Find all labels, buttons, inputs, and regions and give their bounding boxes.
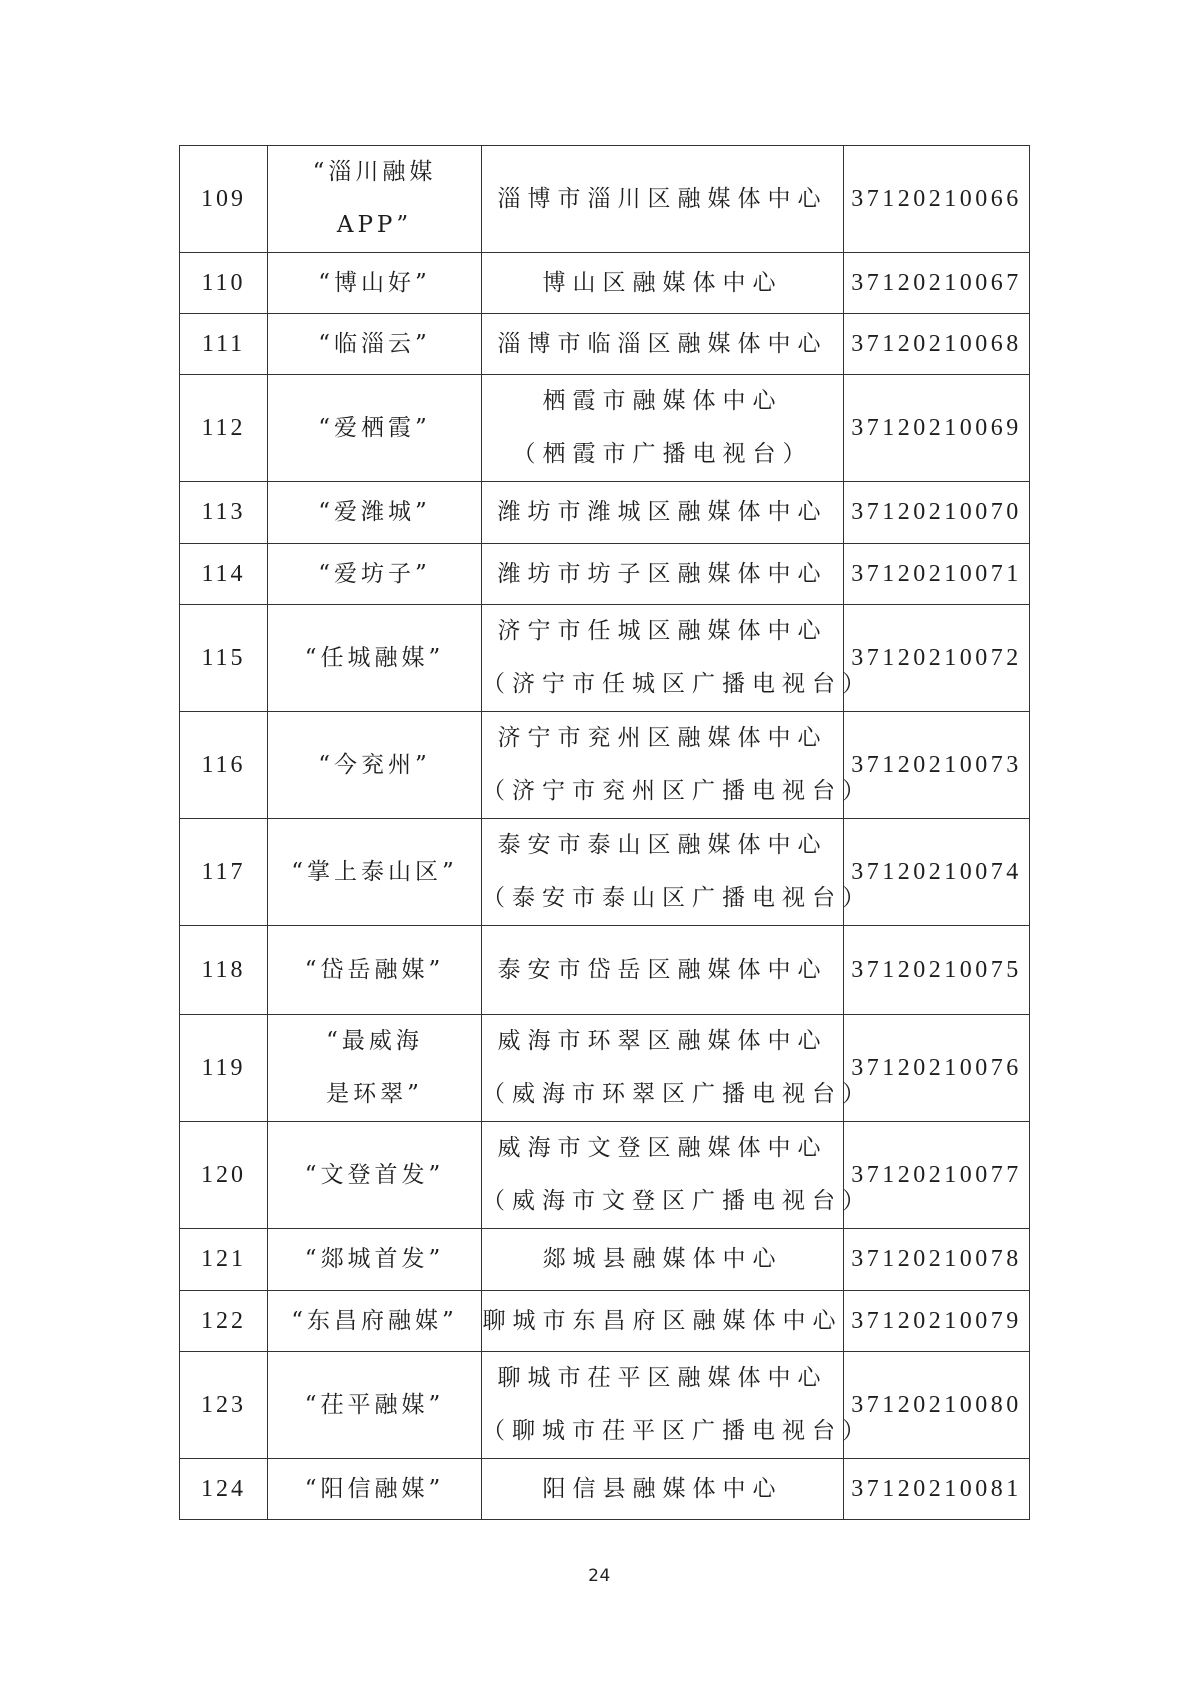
- operator-unit-cell: 淄博市淄川区融媒体中心: [482, 146, 844, 253]
- app-name-cell: “东昌府融媒”: [268, 1291, 482, 1352]
- registration-id-cell: 37120210078: [844, 1229, 1030, 1291]
- app-name-line: “郯城首发”: [268, 1233, 481, 1286]
- operator-unit-line: 泰安市泰山区融媒体中心: [482, 819, 843, 872]
- row-number-cell: 116: [180, 712, 268, 819]
- app-name-line: “最威海: [268, 1015, 481, 1068]
- app-name-cell: “任城融媒”: [268, 605, 482, 712]
- table-row: 111“临淄云”淄博市临淄区融媒体中心37120210068: [180, 314, 1030, 375]
- operator-unit-line: 潍坊市潍城区融媒体中心: [482, 486, 843, 539]
- app-name-line: APP”: [268, 199, 481, 252]
- operator-unit-line: 泰安市岱岳区融媒体中心: [482, 944, 843, 997]
- operator-unit-line: （济宁市兖州区广播电视台）: [482, 765, 843, 818]
- table-body: 109“淄川融媒APP”淄博市淄川区融媒体中心37120210066110“博山…: [180, 146, 1030, 1520]
- app-name-cell: “临淄云”: [268, 314, 482, 375]
- registration-id-cell: 37120210066: [844, 146, 1030, 253]
- app-name-cell: “爱栖霞”: [268, 375, 482, 482]
- row-number-cell: 123: [180, 1352, 268, 1459]
- operator-unit-cell: 阳信县融媒体中心: [482, 1459, 844, 1520]
- app-name-cell: “岱岳融媒”: [268, 926, 482, 1015]
- operator-unit-line: 潍坊市坊子区融媒体中心: [482, 548, 843, 601]
- table-row: 119“最威海是环翠”威海市环翠区融媒体中心（威海市环翠区广播电视台）37120…: [180, 1015, 1030, 1122]
- operator-unit-cell: 威海市文登区融媒体中心（威海市文登区广播电视台）: [482, 1122, 844, 1229]
- operator-unit-cell: 郯城县融媒体中心: [482, 1229, 844, 1291]
- app-name-line: “东昌府融媒”: [268, 1295, 481, 1348]
- app-name-cell: “今兖州”: [268, 712, 482, 819]
- operator-unit-line: 淄博市淄川区融媒体中心: [482, 173, 843, 226]
- operator-unit-line: 博山区融媒体中心: [482, 257, 843, 310]
- row-number-cell: 120: [180, 1122, 268, 1229]
- registration-id-cell: 37120210075: [844, 926, 1030, 1015]
- row-number-cell: 109: [180, 146, 268, 253]
- operator-unit-line: 聊城市茌平区融媒体中心: [482, 1352, 843, 1405]
- registration-id-cell: 37120210068: [844, 314, 1030, 375]
- row-number-cell: 115: [180, 605, 268, 712]
- app-name-cell: “文登首发”: [268, 1122, 482, 1229]
- app-name-line: “今兖州”: [268, 739, 481, 792]
- app-name-line: “博山好”: [268, 257, 481, 310]
- operator-unit-line: （济宁市任城区广播电视台）: [482, 658, 843, 711]
- app-name-line: “岱岳融媒”: [268, 944, 481, 997]
- app-name-line: “文登首发”: [268, 1149, 481, 1202]
- page-number: 24: [0, 1566, 1199, 1586]
- operator-unit-line: （威海市环翠区广播电视台）: [482, 1068, 843, 1121]
- table-row: 113“爱潍城”潍坊市潍城区融媒体中心37120210070: [180, 482, 1030, 544]
- operator-unit-cell: 济宁市任城区融媒体中心（济宁市任城区广播电视台）: [482, 605, 844, 712]
- row-number-cell: 111: [180, 314, 268, 375]
- operator-unit-cell: 博山区融媒体中心: [482, 253, 844, 314]
- row-number-cell: 112: [180, 375, 268, 482]
- operator-unit-cell: 泰安市泰山区融媒体中心（泰安市泰山区广播电视台）: [482, 819, 844, 926]
- registration-id-cell: 37120210067: [844, 253, 1030, 314]
- operator-unit-line: 济宁市兖州区融媒体中心: [482, 712, 843, 765]
- operator-unit-line: 济宁市任城区融媒体中心: [482, 605, 843, 658]
- table-row: 118“岱岳融媒”泰安市岱岳区融媒体中心37120210075: [180, 926, 1030, 1015]
- app-name-cell: “最威海是环翠”: [268, 1015, 482, 1122]
- operator-unit-cell: 潍坊市坊子区融媒体中心: [482, 544, 844, 605]
- app-name-cell: “阳信融媒”: [268, 1459, 482, 1520]
- operator-unit-cell: 济宁市兖州区融媒体中心（济宁市兖州区广播电视台）: [482, 712, 844, 819]
- app-name-line: “爱栖霞”: [268, 402, 481, 455]
- media-registry-table: 109“淄川融媒APP”淄博市淄川区融媒体中心37120210066110“博山…: [179, 145, 1030, 1520]
- table-row: 123“茌平融媒”聊城市茌平区融媒体中心（聊城市茌平区广播电视台）3712021…: [180, 1352, 1030, 1459]
- app-name-line: “爱潍城”: [268, 486, 481, 539]
- row-number-cell: 124: [180, 1459, 268, 1520]
- app-name-cell: “爱潍城”: [268, 482, 482, 544]
- registration-id-cell: 37120210070: [844, 482, 1030, 544]
- row-number-cell: 114: [180, 544, 268, 605]
- operator-unit-cell: 淄博市临淄区融媒体中心: [482, 314, 844, 375]
- app-name-cell: “茌平融媒”: [268, 1352, 482, 1459]
- registration-id-cell: 37120210071: [844, 544, 1030, 605]
- row-number-cell: 121: [180, 1229, 268, 1291]
- operator-unit-line: 聊城市东昌府区融媒体中心: [482, 1295, 843, 1348]
- row-number-cell: 119: [180, 1015, 268, 1122]
- table-row: 109“淄川融媒APP”淄博市淄川区融媒体中心37120210066: [180, 146, 1030, 253]
- app-name-cell: “郯城首发”: [268, 1229, 482, 1291]
- document-page: 109“淄川融媒APP”淄博市淄川区融媒体中心37120210066110“博山…: [0, 0, 1199, 1696]
- registration-id-cell: 37120210079: [844, 1291, 1030, 1352]
- row-number-cell: 118: [180, 926, 268, 1015]
- app-name-line: “任城融媒”: [268, 632, 481, 685]
- app-name-line: 是环翠”: [268, 1068, 481, 1121]
- operator-unit-line: 栖霞市融媒体中心: [482, 375, 843, 428]
- operator-unit-cell: 威海市环翠区融媒体中心（威海市环翠区广播电视台）: [482, 1015, 844, 1122]
- app-name-line: “临淄云”: [268, 318, 481, 371]
- operator-unit-cell: 聊城市茌平区融媒体中心（聊城市茌平区广播电视台）: [482, 1352, 844, 1459]
- operator-unit-line: 郯城县融媒体中心: [482, 1233, 843, 1286]
- row-number-cell: 117: [180, 819, 268, 926]
- app-name-cell: “爱坊子”: [268, 544, 482, 605]
- table-row: 117“掌上泰山区”泰安市泰山区融媒体中心（泰安市泰山区广播电视台）371202…: [180, 819, 1030, 926]
- operator-unit-line: （聊城市茌平区广播电视台）: [482, 1405, 843, 1458]
- registration-id-cell: 37120210081: [844, 1459, 1030, 1520]
- registration-id-cell: 37120210069: [844, 375, 1030, 482]
- table-row: 121“郯城首发”郯城县融媒体中心37120210078: [180, 1229, 1030, 1291]
- app-name-cell: “淄川融媒APP”: [268, 146, 482, 253]
- operator-unit-line: （栖霞市广播电视台）: [482, 428, 843, 481]
- table-row: 114“爱坊子”潍坊市坊子区融媒体中心37120210071: [180, 544, 1030, 605]
- app-name-line: “淄川融媒: [268, 146, 481, 199]
- operator-unit-cell: 泰安市岱岳区融媒体中心: [482, 926, 844, 1015]
- operator-unit-line: 威海市环翠区融媒体中心: [482, 1015, 843, 1068]
- app-name-line: “茌平融媒”: [268, 1379, 481, 1432]
- row-number-cell: 110: [180, 253, 268, 314]
- table-row: 115“任城融媒”济宁市任城区融媒体中心（济宁市任城区广播电视台）3712021…: [180, 605, 1030, 712]
- app-name-line: “阳信融媒”: [268, 1463, 481, 1516]
- operator-unit-line: 威海市文登区融媒体中心: [482, 1122, 843, 1175]
- row-number-cell: 122: [180, 1291, 268, 1352]
- table-row: 110“博山好”博山区融媒体中心37120210067: [180, 253, 1030, 314]
- table-row: 120“文登首发”威海市文登区融媒体中心（威海市文登区广播电视台）3712021…: [180, 1122, 1030, 1229]
- operator-unit-cell: 潍坊市潍城区融媒体中心: [482, 482, 844, 544]
- operator-unit-line: 阳信县融媒体中心: [482, 1463, 843, 1516]
- app-name-cell: “博山好”: [268, 253, 482, 314]
- operator-unit-line: 淄博市临淄区融媒体中心: [482, 318, 843, 371]
- table-row: 124“阳信融媒”阳信县融媒体中心37120210081: [180, 1459, 1030, 1520]
- operator-unit-line: （泰安市泰山区广播电视台）: [482, 872, 843, 925]
- app-name-line: “爱坊子”: [268, 548, 481, 601]
- operator-unit-cell: 聊城市东昌府区融媒体中心: [482, 1291, 844, 1352]
- app-name-cell: “掌上泰山区”: [268, 819, 482, 926]
- operator-unit-line: （威海市文登区广播电视台）: [482, 1175, 843, 1228]
- table-row: 116“今兖州”济宁市兖州区融媒体中心（济宁市兖州区广播电视台）37120210…: [180, 712, 1030, 819]
- table-row: 122“东昌府融媒”聊城市东昌府区融媒体中心37120210079: [180, 1291, 1030, 1352]
- row-number-cell: 113: [180, 482, 268, 544]
- table-row: 112“爱栖霞”栖霞市融媒体中心（栖霞市广播电视台）37120210069: [180, 375, 1030, 482]
- operator-unit-cell: 栖霞市融媒体中心（栖霞市广播电视台）: [482, 375, 844, 482]
- app-name-line: “掌上泰山区”: [268, 846, 481, 899]
